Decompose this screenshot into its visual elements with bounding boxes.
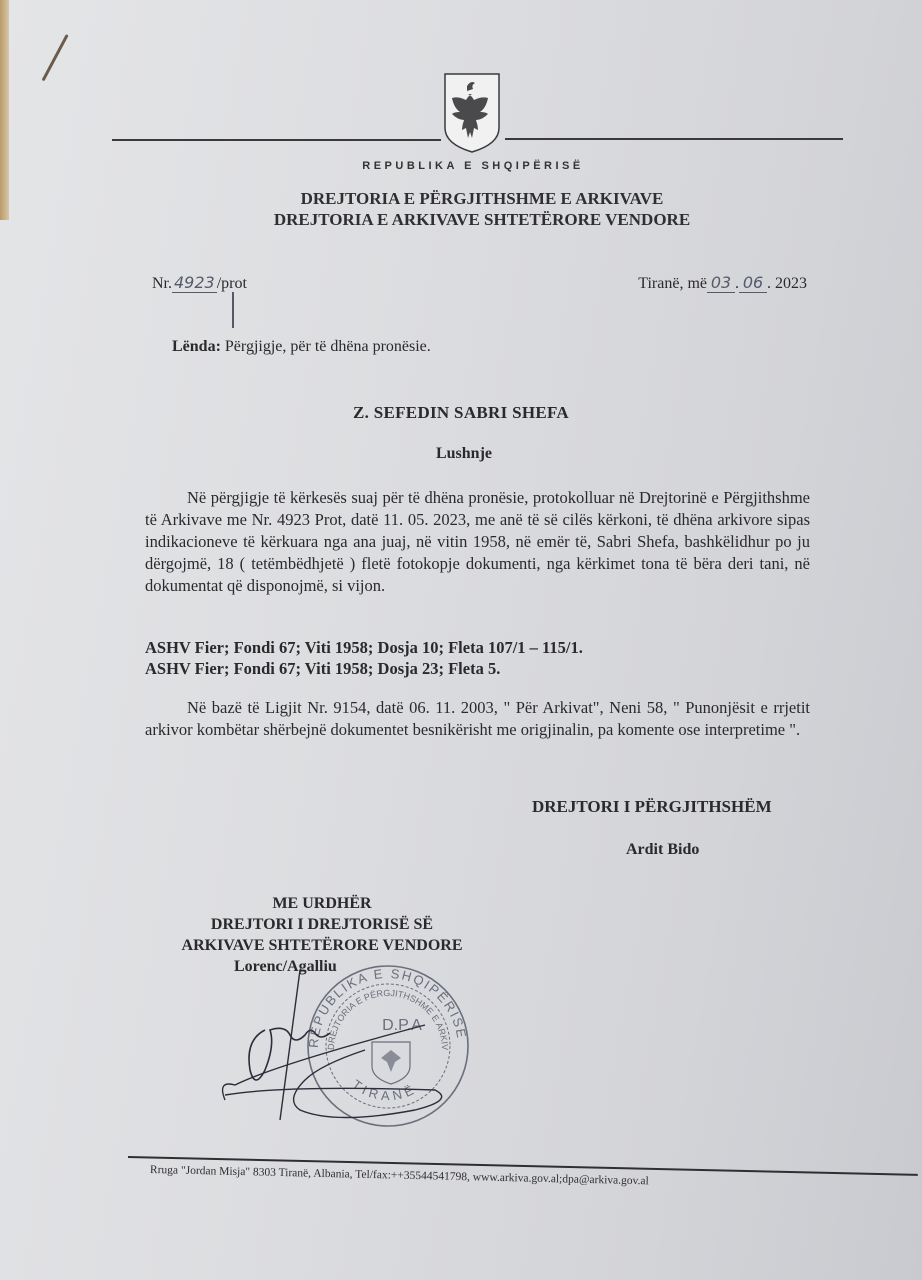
- archive-reference-2: ASHV Fier; Fondi 67; Viti 1958; Dosja 23…: [145, 658, 583, 679]
- order-line-2: DREJTORI I DREJTORISË SË: [137, 914, 507, 935]
- signatory-name: Ardit Bido: [626, 841, 699, 859]
- date-month: 06: [739, 273, 767, 293]
- handwritten-signature: [210, 960, 470, 1130]
- republic-heading: REPUBLIKA E SHQIPËRISË: [0, 160, 922, 172]
- org-name-line-2: DREJTORIA E ARKIVAVE SHTETËRORE VENDORE: [0, 210, 922, 230]
- subject-label: Lënda:: [172, 338, 221, 355]
- albanian-eagle-emblem-icon: [443, 72, 501, 154]
- document-date: Tiranë, më03.06. 2023: [638, 273, 807, 293]
- recipient-city: Lushnje: [0, 445, 922, 463]
- order-line-1: ME URDHËR: [137, 893, 507, 914]
- reference-suffix: prot: [221, 275, 247, 292]
- order-line-3: ARKIVAVE SHTETËRORE VENDORE: [137, 935, 507, 956]
- reference-number: Nr.4923/prot: [152, 273, 247, 293]
- body-paragraph-1: Në përgjigje të kërkesës suaj për të dhë…: [145, 487, 810, 597]
- signatory-title: DREJTORI I PËRGJITHSHËM: [532, 797, 772, 817]
- date-day: 03: [707, 273, 735, 293]
- subject-text: Përgjigje, për të dhëna pronësie.: [225, 338, 431, 355]
- archive-reference-1: ASHV Fier; Fondi 67; Viti 1958; Dosja 10…: [145, 637, 583, 658]
- reference-prefix: Nr.: [152, 275, 172, 292]
- org-name-line-1: DREJTORIA E PËRGJITHSHME E ARKIVAVE: [0, 189, 922, 209]
- desk-edge: [0, 0, 9, 220]
- body-paragraph-2: Në bazë të Ligjit Nr. 9154, datë 06. 11.…: [145, 697, 810, 741]
- date-year: 2023: [775, 275, 807, 292]
- header-rule-right: [505, 138, 843, 140]
- recipient-name: Z. SEFEDIN SABRI SHEFA: [0, 403, 922, 423]
- header-rule-left: [112, 139, 441, 141]
- reference-handwritten-number: 4923: [172, 273, 217, 293]
- handwritten-stroke: [232, 292, 234, 328]
- subject-line: Lënda: Përgjigje, për të dhëna pronësie.: [172, 338, 431, 356]
- staple-mark: [42, 34, 69, 81]
- date-place-prefix: Tiranë, më: [638, 275, 707, 292]
- archive-references: ASHV Fier; Fondi 67; Viti 1958; Dosja 10…: [145, 637, 583, 679]
